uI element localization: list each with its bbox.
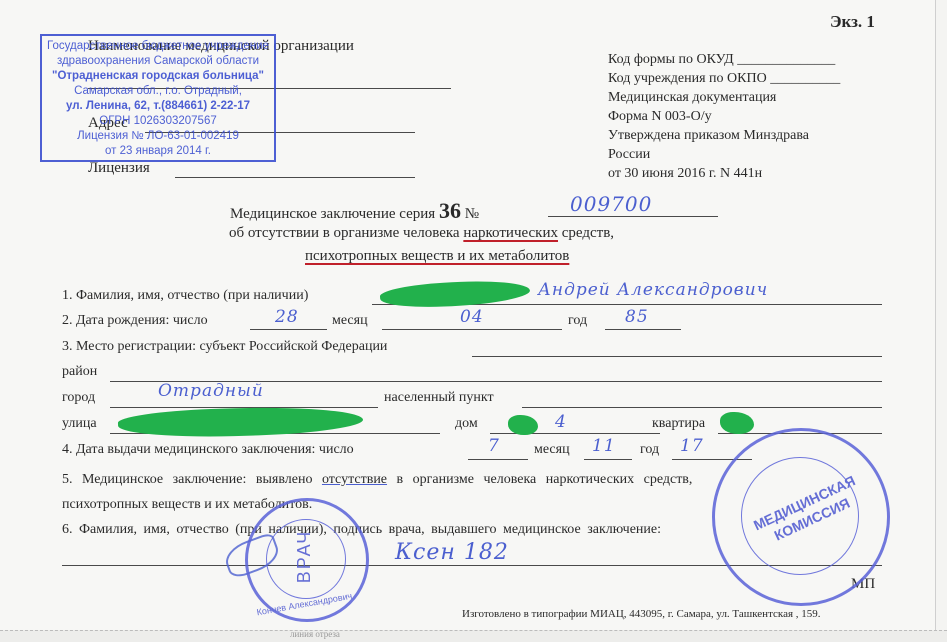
fio-value: Андрей Александрович: [538, 280, 768, 300]
title-line2-suffix: средств,: [562, 225, 614, 241]
doctor-stamp: ВРАЧ Кончев Александрович: [245, 498, 369, 622]
conclusion-absence: отсутствие: [322, 472, 387, 487]
street-label: улица: [62, 416, 97, 432]
printed-by: Изготовлено в типографии МИАЦ, 443095, г…: [462, 608, 821, 620]
stamp-line: от 23 января 2014 г.: [42, 144, 274, 159]
approved-date: от 30 июня 2016 г. N 441н: [608, 164, 840, 183]
issue-day-line: [468, 459, 528, 460]
apartment-label: квартира: [652, 416, 705, 432]
dob-label: 2. Дата рождения: число: [62, 313, 208, 329]
form-info-block: Код формы по ОКУД ______________ Код учр…: [608, 50, 840, 183]
issue-year-value: 17: [680, 436, 704, 456]
redaction-apartment: [720, 412, 754, 434]
certificate-number-value: 009700: [570, 192, 652, 216]
cut-line-strip: линия отреза: [0, 630, 947, 642]
settlement-line: [522, 407, 882, 408]
organization-stamp: Государственное бюджетное учреждение здр…: [40, 34, 276, 162]
conclusion-rest: в организме человека наркотических средс…: [397, 472, 693, 487]
form-number: Форма N 003-О/у: [608, 107, 840, 126]
issue-month-value: 11: [592, 436, 616, 456]
registration-label: 3. Место регистрации: субъект Российской…: [62, 339, 387, 355]
house-label: дом: [455, 416, 478, 432]
title-line2-prefix: об отсутствии в организме человека: [229, 225, 460, 241]
dob-day-value: 28: [275, 307, 299, 327]
dob-year-label: год: [568, 313, 587, 329]
conclusion-label: 5. Медицинское заключение: выявлено: [62, 472, 312, 487]
commission-stamp: МЕДИЦИНСКАЯ КОМИССИЯ: [712, 428, 890, 606]
okpo-code: Код учреждения по ОКПО __________: [608, 69, 840, 88]
title-prefix: Медицинское заключение серия: [230, 206, 435, 222]
stamp-line: Самарская обл., г.о. Отрадный,: [42, 84, 274, 99]
license-label: Лицензия: [88, 160, 150, 177]
doctor-signature: Ксен 182: [395, 540, 509, 565]
dob-month-line: [382, 329, 562, 330]
redaction-fio: [379, 277, 530, 311]
dob-month-value: 04: [460, 307, 484, 327]
approved-by: Утверждена приказом Минздрава: [608, 126, 840, 145]
house-value: 4: [555, 412, 567, 432]
issue-day-value: 7: [488, 436, 500, 456]
number-sign: №: [465, 206, 479, 222]
certificate-title-line3: психотропных веществ и их метаболитов: [305, 248, 569, 265]
okud-code: Код формы по ОКУД ______________: [608, 50, 840, 69]
city-label: город: [62, 390, 95, 406]
dob-year-line: [605, 329, 681, 330]
doctor-stamp-center: ВРАЧ: [294, 530, 315, 583]
medical-certificate-page: Экз. 1 Наименование медицинской организа…: [0, 0, 936, 630]
stamp-line: Государственное бюджетное учреждение: [42, 39, 274, 54]
issue-month-label: месяц: [534, 442, 570, 458]
dob-day-line: [250, 329, 327, 330]
stamp-line: Лицензия № ЛО-63-01-002419: [42, 129, 274, 144]
issue-date-label: 4. Дата выдачи медицинского заключения: …: [62, 442, 354, 458]
cut-line-label: линия отреза: [290, 629, 340, 639]
redaction-street: [118, 404, 364, 441]
conclusion-text: 5. Медицинское заключение: выявлено отсу…: [62, 472, 692, 488]
issue-month-line: [584, 459, 632, 460]
stamp-line: ул. Ленина, 62, т.(884661) 2-22-17: [42, 99, 274, 114]
certificate-number-line: [548, 216, 718, 217]
dob-year-value: 85: [625, 307, 649, 327]
fio-label: 1. Фамилия, имя, отчество (при наличии): [62, 288, 308, 304]
settlement-label: населенный пункт: [384, 390, 494, 406]
med-documentation: Медицинская документация: [608, 88, 840, 107]
license-line: [175, 177, 415, 178]
stamp-line: ОГРН 1026303207567: [42, 114, 274, 129]
copy-label: Экз. 1: [830, 12, 875, 32]
dob-month-label: месяц: [332, 313, 368, 329]
city-value: Отрадный: [158, 381, 264, 401]
district-label: район: [62, 364, 97, 380]
registration-region-line: [472, 356, 882, 357]
redaction-house: [508, 415, 538, 435]
series-number: 36: [439, 198, 461, 223]
certificate-title-line1: Медицинское заключение серия 36 №: [230, 198, 479, 224]
approved-by-country: России: [608, 145, 840, 164]
issue-year-label: год: [640, 442, 659, 458]
title-narcotic-underlined: наркотических: [463, 225, 558, 241]
certificate-title-line2: об отсутствии в организме человека нарко…: [229, 225, 614, 242]
stamp-line: "Отрадненская городская больница": [42, 69, 274, 84]
stamp-line: здравоохранения Самарской области: [42, 54, 274, 69]
